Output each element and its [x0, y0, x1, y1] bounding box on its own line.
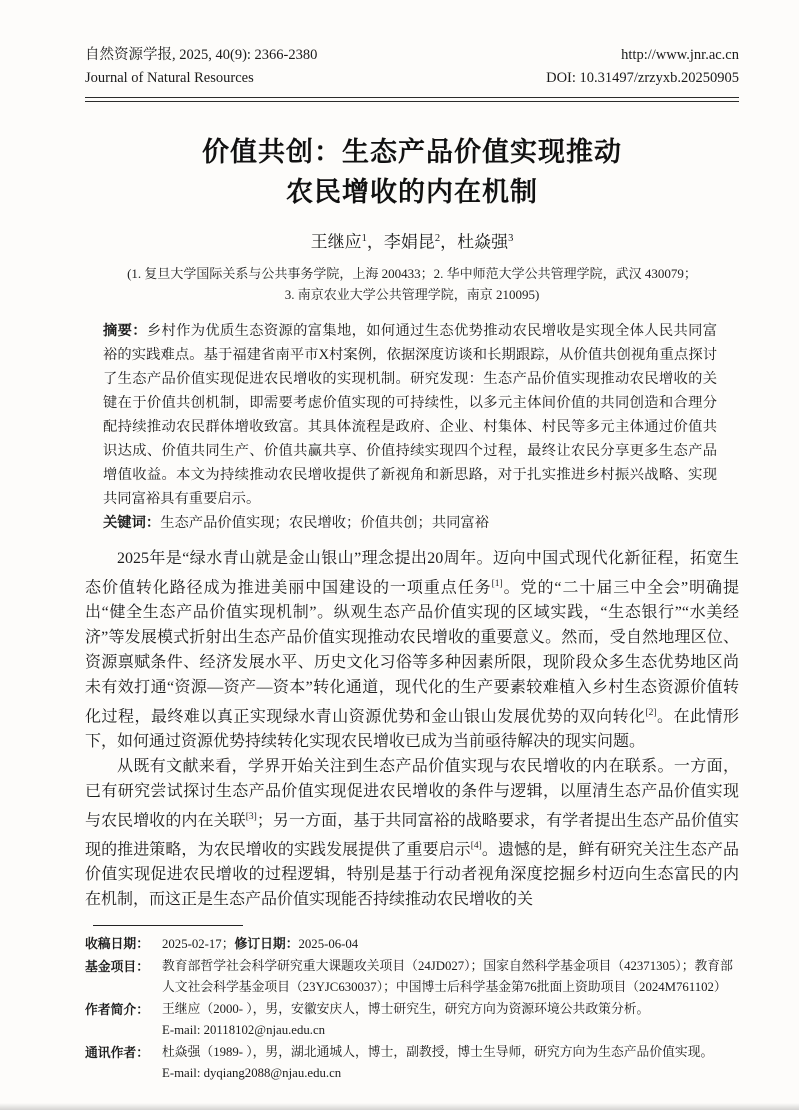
footnote-content: 教育部哲学社会科学研究重大课题攻关项目（24JD027）；国家自然科学基金项目（… — [162, 956, 739, 999]
affiliation-line2: 3. 南京农业大学公共管理学院，南京 210095) — [85, 284, 739, 305]
footnote-label: 作者简介： — [85, 999, 162, 1042]
keywords-line: 关键词：生态产品价值实现；农民增收；价值共创；共同富裕 — [103, 511, 717, 535]
abstract-text: 乡村作为优质生态资源的富集地，如何通过生态优势推动农民增收是实现全体人民共同富裕… — [103, 323, 717, 507]
article-title: 价值共创：生态产品价值实现推动 农民增收的内在机制 — [85, 132, 739, 212]
footnote-row: 作者简介：王继应（2000- ），男，安徽安庆人，博士研究生，研究方向为资源环境… — [85, 999, 739, 1042]
header-divider — [85, 97, 739, 102]
article-body: 2025年是“绿水青山就是金山银山”理念提出20周年。迈向中国式现代化新征程，拓… — [85, 547, 739, 913]
paper-page: 自然资源学报, 2025, 40(9): 2366-2380 Journal o… — [0, 0, 799, 1110]
footnote-row: 收稿日期：2025-02-17；修订日期：2025-06-04 — [85, 933, 739, 956]
footnote-label: 基金项目： — [85, 956, 162, 999]
journal-citation-cn: 自然资源学报, 2025, 40(9): 2366-2380 — [85, 44, 317, 67]
journal-url: http://www.jnr.ac.cn — [546, 44, 739, 67]
body-paragraph-2: 从既有文献来看，学界开始关注到生态产品价值实现与农民增收的内在联系。一方面，已有… — [85, 755, 739, 913]
journal-links-block: http://www.jnr.ac.cn DOI: 10.31497/zrzyx… — [546, 44, 739, 90]
abstract-paragraph: 摘要：乡村作为优质生态资源的富集地，如何通过生态优势推动农民增收是实现全体人民共… — [103, 319, 717, 511]
keywords-text: 生态产品价值实现；农民增收；价值共创；共同富裕 — [160, 515, 489, 531]
abstract-label: 摘要： — [103, 323, 147, 339]
article-doi: DOI: 10.31497/zrzyxb.20250905 — [546, 67, 739, 90]
keywords-label: 关键词： — [103, 515, 160, 531]
footnote-row: 基金项目：教育部哲学社会科学研究重大课题攻关项目（24JD027）；国家自然科学… — [85, 956, 739, 999]
article-title-line2: 农民增收的内在机制 — [286, 177, 538, 207]
footnote-label: 收稿日期： — [85, 933, 162, 956]
affiliation-line1: (1. 复旦大学国际关系与公共事务学院，上海 200433；2. 华中师范大学公… — [85, 263, 739, 284]
footnote-content: 2025-02-17；修订日期：2025-06-04 — [162, 933, 739, 956]
footnote-content: 杜焱强（1989- ），男，湖北通城人，博士，副教授，博士生导师，研究方向为生态… — [162, 1042, 739, 1085]
footnote-row: 通讯作者：杜焱强（1989- ），男，湖北通城人，博士，副教授，博士生导师，研究… — [85, 1042, 739, 1085]
journal-citation-block: 自然资源学报, 2025, 40(9): 2366-2380 Journal o… — [85, 44, 317, 90]
footnote-divider — [93, 925, 243, 926]
affiliations: (1. 复旦大学国际关系与公共事务学院，上海 200433；2. 华中师范大学公… — [85, 263, 739, 305]
author-byline: 王继应1，李娟昆2，杜焱强3 — [85, 227, 739, 255]
article-title-line1: 价值共创：生态产品价值实现推动 — [202, 137, 622, 167]
footnote-content: 王继应（2000- ），男，安徽安庆人，博士研究生，研究方向为资源环境公共政策分… — [162, 999, 739, 1042]
footnote-label: 通讯作者： — [85, 1042, 162, 1085]
journal-name-en: Journal of Natural Resources — [85, 67, 317, 90]
footnotes-block: 收稿日期：2025-02-17；修订日期：2025-06-04基金项目：教育部哲… — [85, 933, 739, 1085]
abstract-block: 摘要：乡村作为优质生态资源的富集地，如何通过生态优势推动农民增收是实现全体人民共… — [103, 319, 717, 535]
journal-header: 自然资源学报, 2025, 40(9): 2366-2380 Journal o… — [85, 44, 739, 90]
body-paragraph-1: 2025年是“绿水青山就是金山银山”理念提出20周年。迈向中国式现代化新征程，拓… — [85, 547, 739, 755]
